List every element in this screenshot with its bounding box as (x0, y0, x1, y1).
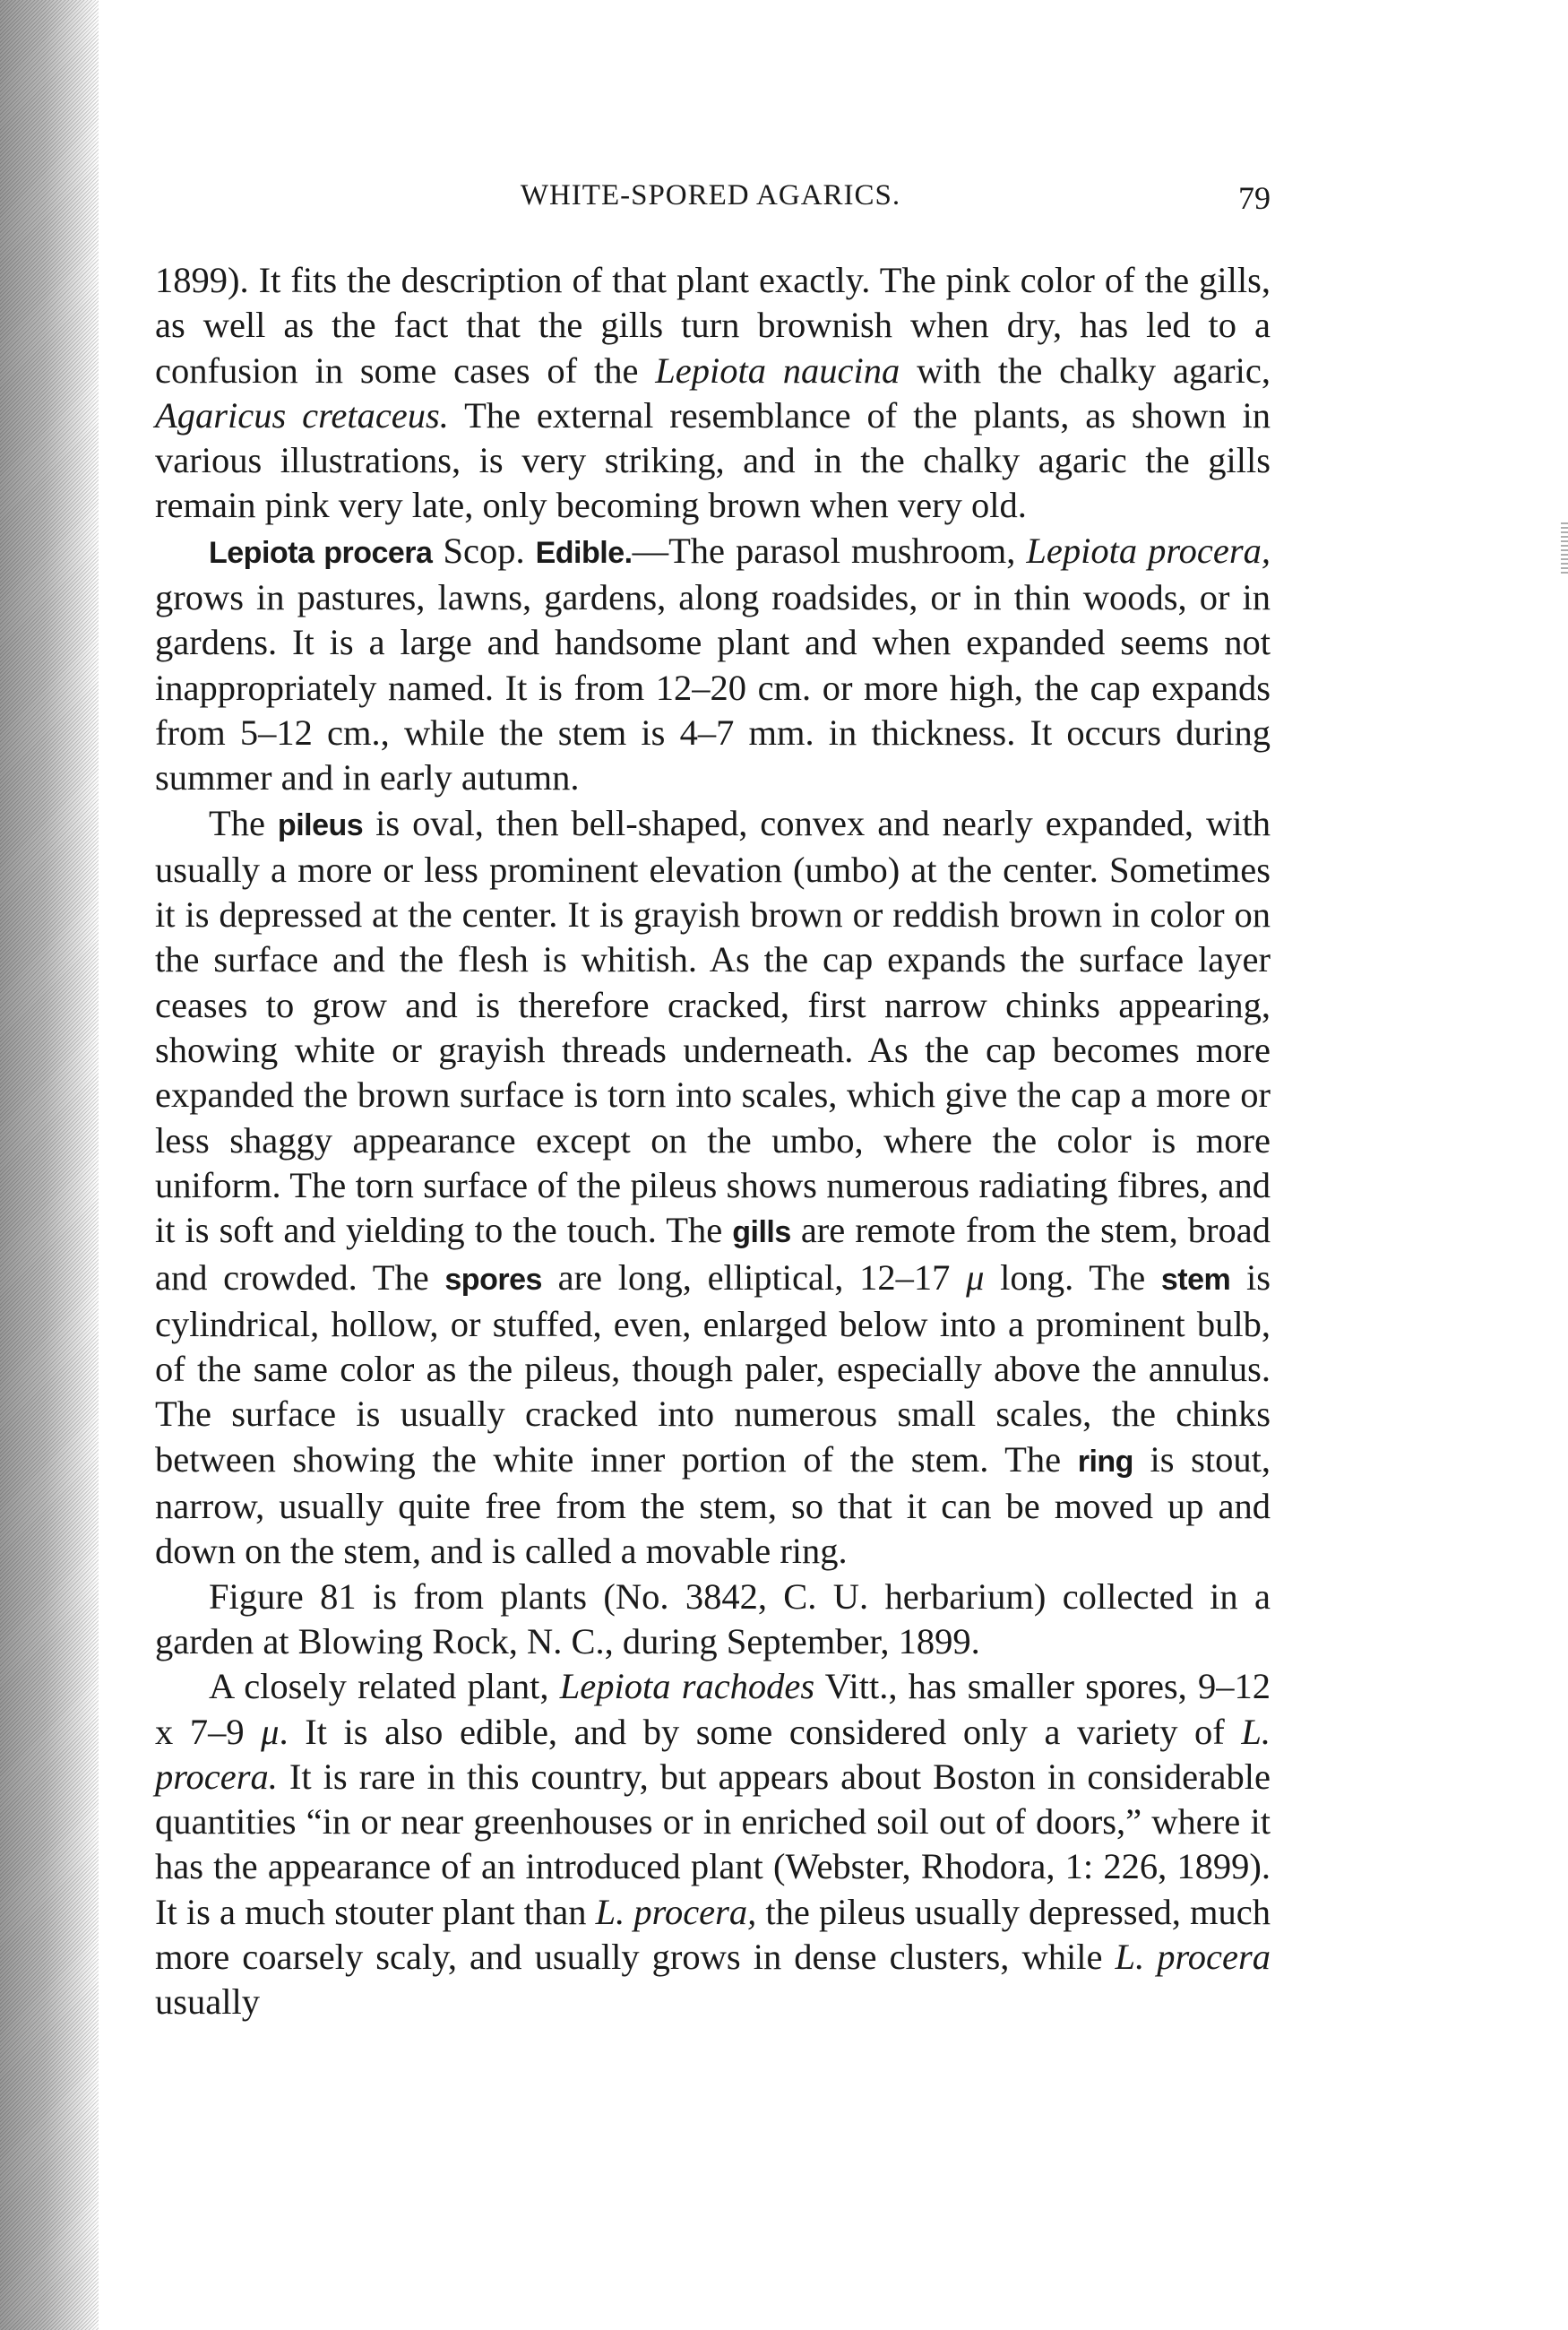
paragraph-lepiota-procera: Lepiota procera Scop. Edible.—The paraso… (155, 529, 1271, 801)
bold-term: ring (1078, 1445, 1133, 1479)
italic-term: Agaricus cretaceus. (155, 395, 449, 436)
body-text: 1899). It fits the description of that p… (155, 258, 1271, 2025)
running-head: WHITE-SPORED AGARICS. 79 (155, 179, 1266, 224)
italic-term: Lepiota procera, (1026, 531, 1271, 571)
text-run: Scop. (432, 531, 535, 571)
bold-term: Edible. (536, 536, 633, 570)
running-head-title: WHITE-SPORED AGARICS. (155, 179, 1266, 212)
italic-term: μ (966, 1257, 984, 1298)
bold-term: gills (732, 1215, 791, 1249)
italic-term: μ (261, 1712, 279, 1752)
bold-term: pileus (278, 808, 363, 842)
text-run: grows in pastures, lawns, gardens, along… (155, 577, 1271, 798)
italic-term: Lepiota rachodes (560, 1666, 814, 1706)
bold-term: Lepiota procera (209, 536, 432, 570)
text-run: A closely related plant, (209, 1666, 560, 1706)
paragraph-figure-note: Figure 81 is from plants (No. 3842, C. U… (155, 1575, 1271, 1665)
text-run: —The parasol mushroom, (633, 531, 1027, 571)
paragraph-pileus-description: The pileus is oval, then bell-shaped, co… (155, 801, 1271, 1575)
page-number: 79 (1238, 179, 1271, 217)
text-run: long. The (984, 1257, 1160, 1298)
text-run: The (209, 803, 278, 843)
paragraph-lepiota-rachodes: A closely related plant, Lepiota rachode… (155, 1664, 1271, 2024)
italic-term: Lepiota naucina (655, 350, 900, 391)
bold-term: stem (1161, 1263, 1230, 1297)
text-run: usually (155, 1981, 260, 2022)
italic-term: L. procera, (596, 1892, 757, 1932)
text-run: is oval, then bell-shaped, convex and ne… (155, 803, 1271, 1251)
bold-term: spores (444, 1263, 542, 1297)
paragraph: 1899). It fits the description of that p… (155, 258, 1271, 529)
scan-gutter-shadow (0, 0, 99, 2330)
scan-edge-artifact (1561, 520, 1568, 574)
text-run: are long, elliptical, 12–17 (542, 1257, 966, 1298)
text-run: . It is also edible, and by some conside… (280, 1712, 1242, 1752)
text-run: Figure 81 is from plants (No. 3842, C. U… (155, 1576, 1271, 1661)
text-run: with the chalky agaric, (900, 350, 1271, 391)
italic-term: L. procera (1116, 1937, 1271, 1977)
